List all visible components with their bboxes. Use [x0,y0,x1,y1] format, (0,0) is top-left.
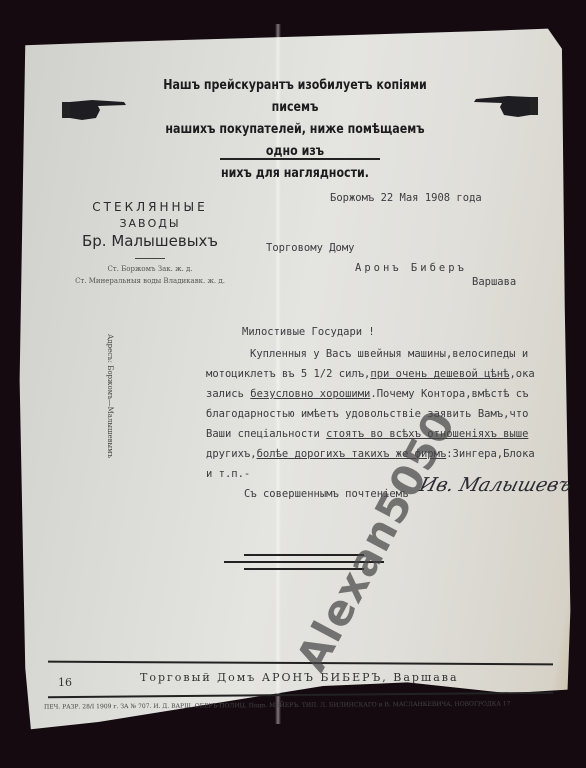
body-line-2: мотоциклетъ въ 5 1/2 силъ,при очень деше… [206,368,535,380]
header-line-3: нихъ для наглядности. [160,162,431,184]
letterhead-line-1: СТЕКЛЯННЫЕ [50,200,250,214]
header-line-2: нашихъ покупателей, ниже помѣщаемъ одно … [160,118,431,162]
header-notice: Нашъ прейскурантъ изобилуетъ копіями пис… [160,74,431,184]
body-line-6: другихъ,болѣе дорогихъ такихъ же фирмъ:З… [206,448,535,460]
salutation: Милостивые Государи ! [242,326,375,338]
letterhead: СТЕКЛЯННЫЕ ЗАВОДЫ Бр. Малышевыхъ Ст. Бор… [50,200,250,285]
body-line-7: и т.п.- [206,468,250,480]
header-rule [220,158,380,160]
letterhead-line-2: ЗАВОДЫ [50,217,250,230]
addressee-city: Варшава [472,276,516,288]
addressee-line-2: Аронъ Биберъ [355,262,467,274]
letterhead-divider [135,258,165,259]
signature: Ив. Малышевъ [417,474,574,496]
addressee-line-1: Торговому Дому [266,242,355,254]
pointing-hand-left-icon [472,93,538,119]
company-name: Бр. Малышевыхъ [50,232,250,250]
footer-trade-house: Торговый Домъ АРОНЪ БИБЕРЪ, Варшава [140,671,459,684]
address-2: Ст. Минеральныя воды Владикавк. ж. д. [50,277,250,285]
vertical-address-note: Адресъ: Боржомъ—Малышевымъ [106,334,114,474]
body-line-3: зались безусловно хорошими.Почему Контор… [206,388,528,400]
address-1: Ст. Боржомъ Зак. ж. д. [50,265,250,273]
page-number: 16 [58,676,72,689]
body-line-1: Купленныя у Васъ швейныя машины,велосипе… [250,348,528,360]
pointing-hand-right-icon [62,96,128,122]
header-line-1: Нашъ прейскурантъ изобилуетъ копіями пис… [160,74,431,118]
body-line-4: благодарностью имѣетъ удовольствіе заяви… [206,408,528,420]
place-date: Боржомъ 22 Мая 1908 года [330,192,482,204]
body-line-5: Ваши спеціальности стоятъ во всѣхъ отнош… [206,428,528,440]
